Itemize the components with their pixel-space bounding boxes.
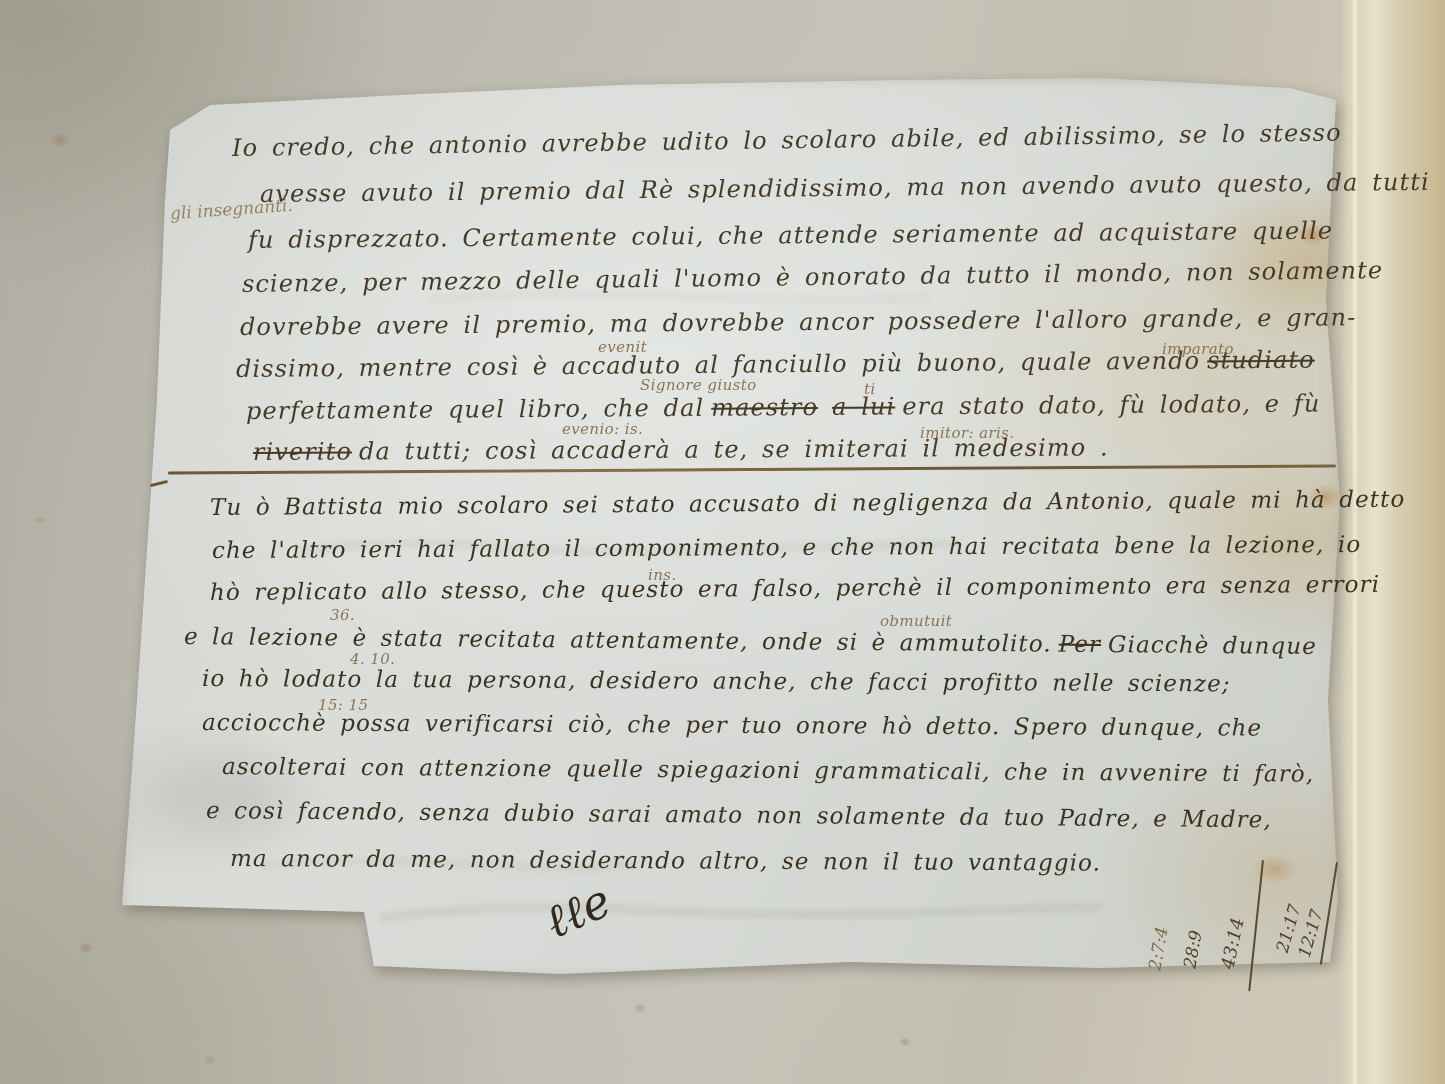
interlinear-gloss: obmutuit: [880, 612, 952, 630]
photo-canvas: Io credo, che antonio avrebbe udito lo s…: [0, 0, 1445, 1084]
manuscript-line: avesse avuto il premio dal Rè splendidis…: [260, 168, 1430, 208]
manuscript-line: perfettamente quel libro, che dalmaestro…: [246, 389, 1321, 424]
manuscript-line: e così facendo, senza dubio sarai amato …: [206, 798, 1272, 833]
manuscript-line: dovrebbe avere il premio, ma dovrebbe an…: [240, 303, 1357, 341]
interlinear-gloss: imparato: [1162, 340, 1234, 358]
line-text: dovrebbe avere il premio, ma dovrebbe an…: [240, 303, 1357, 341]
interlinear-gloss: 15: 15: [318, 696, 368, 714]
line-text: ascolterai con attenzione quelle spiegaz…: [222, 754, 1314, 788]
interlinear-gloss: evenio: is.: [562, 420, 643, 438]
line-text: Io credo, che antonio avrebbe udito lo s…: [232, 119, 1342, 162]
handwritten-text-layer: Io credo, che antonio avrebbe udito lo s…: [0, 0, 1445, 1084]
interlinear-gloss: 4. 10.: [350, 650, 395, 668]
line-text: io hò lodato la tua persona, desidero an…: [202, 666, 1231, 697]
line-text: hò replicato allo stesso, che questo era…: [210, 572, 1380, 606]
margin-dash: [150, 480, 168, 487]
interlinear-gloss: 36.: [330, 606, 355, 624]
manuscript-line: ma ancor da me, non desiderando altro, s…: [230, 846, 1101, 877]
manuscript-line: Io credo, che antonio avrebbe udito lo s…: [232, 119, 1342, 162]
line-text: acciocchè possa verificarsi ciò, che per…: [202, 710, 1262, 742]
interlinear-gloss: ti: [864, 380, 876, 398]
line-text: scienze, per mezzo delle quali l'uomo è …: [242, 256, 1384, 298]
line-text: che l'altro ieri hai fallato il componim…: [212, 532, 1361, 564]
manuscript-line: io hò lodato la tua persona, desidero an…: [202, 666, 1231, 697]
manuscript-line: che l'altro ieri hai fallato il componim…: [212, 532, 1361, 564]
manuscript-line: fu disprezzato. Certamente colui, che at…: [248, 217, 1333, 254]
line-text: Tu ò Battista mio scolaro sei stato accu…: [210, 487, 1406, 521]
calc-number: 2:7:4: [1145, 925, 1172, 972]
manuscript-line: dissimo, mentre così è accaduto al fanci…: [236, 346, 1322, 383]
calc-rule-line: [1248, 860, 1264, 991]
paragraph-divider-line: [168, 464, 1336, 474]
calc-number: 43:14: [1217, 916, 1248, 971]
line-text: ma ancor da me, non desiderando altro, s…: [230, 846, 1101, 877]
interlinear-gloss: imitor: aris.: [920, 424, 1014, 442]
calc-number: 28:9: [1180, 929, 1206, 970]
interlinear-gloss: evenit: [598, 338, 647, 356]
manuscript-line: Tu ò Battista mio scolaro sei stato accu…: [210, 487, 1406, 521]
margin-note: gli insegnanti.: [169, 196, 293, 225]
interlinear-gloss: Signore giusto: [640, 376, 757, 394]
pen-flourish: ℓℓe: [537, 873, 619, 949]
manuscript-line: scienze, per mezzo delle quali l'uomo è …: [242, 256, 1384, 298]
interlinear-gloss: ins.: [648, 566, 677, 584]
manuscript-line: ascolterai con attenzione quelle spiegaz…: [222, 754, 1314, 788]
line-text: fu disprezzato. Certamente colui, che at…: [248, 217, 1333, 254]
manuscript-line: hò replicato allo stesso, che questo era…: [210, 572, 1380, 606]
struck-word: maestro: [711, 393, 818, 422]
line-text: era stato dato, fù lodato, e fù: [902, 389, 1320, 420]
line-text: Giacchè dunque: [1108, 632, 1317, 660]
line-text: avesse avuto il premio dal Rè splendidis…: [260, 168, 1430, 208]
line-text: e così facendo, senza dubio sarai amato …: [206, 798, 1272, 833]
struck-word: riverito: [253, 437, 352, 466]
struck-word: Per: [1059, 632, 1102, 658]
manuscript-line: acciocchè possa verificarsi ciò, che per…: [202, 710, 1262, 742]
